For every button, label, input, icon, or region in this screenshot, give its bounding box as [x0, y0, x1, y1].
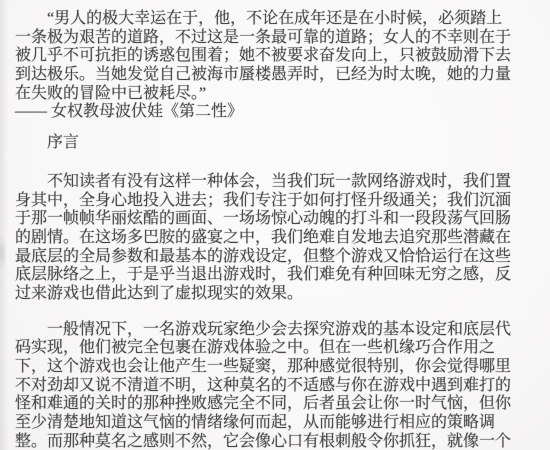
epigraph-line: “男人的极大幸运在于，他，不论在成年还是在小时候，必须踏上	[15, 10, 542, 29]
paragraph-line: 最底层的全局参数和最基本的游戏设定，但整个游戏又恰恰运行在这些	[15, 248, 542, 267]
paragraph-line: 身其中，全身心地投入进去；我们专注于如何打怪升级通关；我们沉湎	[15, 192, 542, 211]
epigraph-quote: “男人的极大幸运在于，他，不论在成年还是在小时候，必须踏上 一条极为艰苦的道路，…	[15, 10, 542, 122]
paragraph-line: 下，这个游戏也会让他产生一些疑窦，那种感觉很特别，你会觉得哪里	[15, 358, 542, 377]
paragraph-line: 整。而那种莫名之感则不然，它会像心口有根刺般令你抓狂，就像一个	[15, 433, 542, 450]
paragraph-line: 怪和难通的关时的那种挫败感完全不同，后者虽会让你一时气恼，但你	[15, 395, 542, 414]
paragraph: 一般情况下，一名游戏玩家绝少会去探究游戏的基本设定和底层代 码实现，他们被完全包…	[15, 321, 542, 450]
paragraph-line: 于那一帧帧华丽炫酷的画面、一场场惊心动魄的打斗和一段段荡气回肠	[15, 210, 542, 229]
epigraph-line: 一条极为艰苦的道路，不过这是一条最可靠的道路；女人的不幸则在于	[15, 29, 542, 48]
paragraph-line: 底层脉络之上，于是乎当退出游戏时，我们难免有种回味无穷之感，反	[15, 266, 542, 285]
epigraph-line: 在失败的冒险中已被耗尽。”	[15, 85, 542, 104]
paragraph-line: 不对劲却又说不清道不明，这种莫名的不适感与你在游戏中遇到难打的	[15, 377, 542, 396]
page-text-block: “男人的极大幸运在于，他，不论在成年还是在小时候，必须踏上 一条极为艰苦的道路，…	[0, 0, 550, 450]
paragraph: 不知读者有没有这样一种体会，当我们玩一款网络游戏时，我们置 身其中，全身心地投入…	[15, 173, 542, 304]
paragraph-line: 不知读者有没有这样一种体会，当我们玩一款网络游戏时，我们置	[15, 173, 542, 192]
paragraph-line: 至少清楚地知道这气恼的情绪缘何而起，从而能够进行相应的策略调	[15, 414, 542, 433]
epigraph-attribution: —— 女权教母波伏娃《第二性》	[15, 103, 542, 122]
paragraph-line: 的剧情。在这场多巴胺的盛宴之中，我们绝难自发地去追究那些潜藏在	[15, 229, 542, 248]
paragraph-line: 码实现，他们被完全包裹在游戏体验之中。但在一些机缘巧合作用之	[15, 339, 542, 358]
epigraph-line: 被几乎不可抗拒的诱惑包围着；她不被要求奋发向上，只被鼓励滑下去	[15, 47, 542, 66]
paragraph-line: 过来游戏也借此达到了虚拟现实的效果。	[15, 285, 542, 304]
section-heading-preface: 序言	[15, 134, 542, 153]
epigraph-line: 到达极乐。当她发觉自己被海市蜃楼愚弄时，已经为时太晚，她的力量	[15, 66, 542, 85]
paragraph-line: 一般情况下，一名游戏玩家绝少会去探究游戏的基本设定和底层代	[15, 321, 542, 340]
scanned-book-page: “男人的极大幸运在于，他，不论在成年还是在小时候，必须踏上 一条极为艰苦的道路，…	[0, 0, 550, 450]
